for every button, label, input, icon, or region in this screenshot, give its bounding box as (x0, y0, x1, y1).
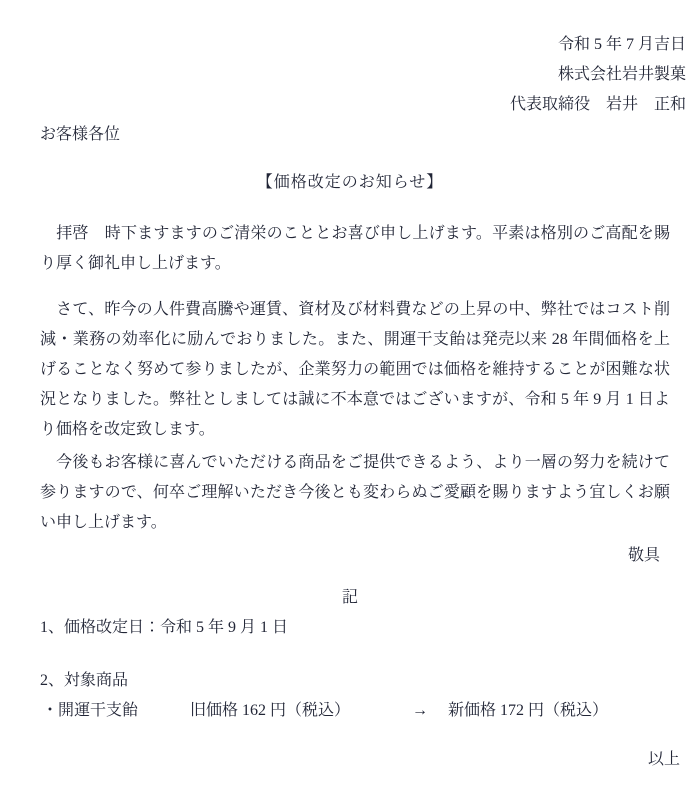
request-paragraph: 今後もお客様に喜んでいただける商品をご提供できるよう、より一層の努力を続けて参り… (40, 448, 686, 538)
new-price: 新価格 172 円（税込） (448, 696, 608, 726)
item-revision-date: 1、価格改定日：令和 5 年 9 月 1 日 (40, 613, 686, 643)
company-name: 株式会社岩井製菓 (40, 60, 686, 90)
closing-word: 敬具 (40, 541, 686, 571)
letter-page: 令和 5 年 7 月吉日 株式会社岩井製菓 代表取締役 岩井 正和 お客様各位 … (0, 0, 700, 792)
item-target-products: 2、対象商品 (40, 666, 686, 696)
letter-header: 令和 5 年 7 月吉日 株式会社岩井製菓 代表取締役 岩井 正和 (40, 30, 686, 120)
addressee: お客様各位 (40, 120, 686, 150)
body-paragraph: さて、昨今の人件費高騰や運賃、資材及び材料費などの上昇の中、弊社ではコスト削減・… (40, 295, 686, 445)
end-mark: 以上 (40, 745, 686, 775)
product-line: ・開運干支飴 旧価格 162 円（税込） → 新価格 172 円（税込） (40, 696, 686, 726)
letter-title: 【価格改定のお知らせ】 (0, 168, 700, 198)
signer-name: 代表取締役 岩井 正和 (40, 90, 686, 120)
record-heading: 記 (0, 583, 700, 613)
greeting-paragraph: 拝啓 時下ますますのご清栄のこととお喜び申し上げます。平素は格別のご高配を賜り厚… (40, 219, 686, 279)
letter-date: 令和 5 年 7 月吉日 (40, 30, 686, 60)
right-arrow-icon: → (412, 696, 428, 726)
product-name: ・開運干支飴 (42, 696, 190, 726)
old-price: 旧価格 162 円（税込） (190, 696, 350, 726)
